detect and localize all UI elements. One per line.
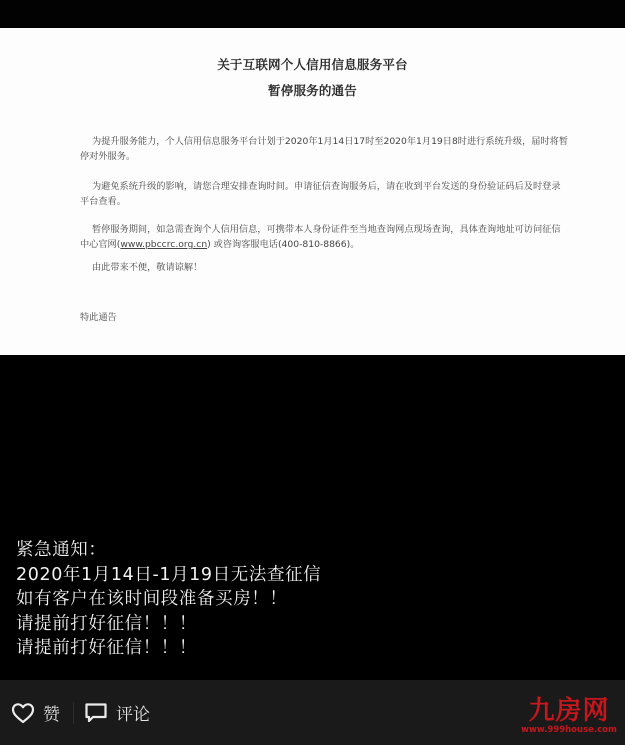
heart-icon xyxy=(11,702,35,724)
watermark-title: 九房网 xyxy=(517,697,621,725)
watermark-logo: 九房网 www.999house.com xyxy=(517,697,621,735)
paragraph-1-line2: 停对外服务。 xyxy=(80,149,570,164)
notice-paragraph-1: 为提升服务能力，个人信用信息服务平台计划于2020年1月14日17时至2020年… xyxy=(80,134,570,164)
paragraph-3-line2: 中心官网(www.pbccrc.org.cn) 或咨询客服电话(400-810-… xyxy=(80,237,570,252)
paragraph-4-line1: 由此带来不便，敬请谅解！ xyxy=(80,260,570,275)
paragraph-3-prefix: 中心官网( xyxy=(80,239,120,250)
notice-paragraph-2: 为避免系统升级的影响，请您合理安排查询时间。申请征信查询服务后，请在收到平台发送… xyxy=(80,179,570,209)
paragraph-3-suffix: ) 或咨询客服电话(400-810-8866)。 xyxy=(207,239,359,250)
comment-bubble-icon xyxy=(84,702,108,724)
pbccrc-link: www.pbccrc.org.cn xyxy=(120,239,207,250)
caption-line-3: 如有客户在该时间段准备买房！！ xyxy=(16,587,321,612)
caption-line-1: 紧急通知： xyxy=(16,538,321,563)
paragraph-2-line1: 为避免系统升级的影响，请您合理安排查询时间。申请征信查询服务后，请在收到平台发送… xyxy=(80,179,570,194)
comment-button[interactable]: 评论 xyxy=(84,700,150,725)
sign-off-text: 特此通告 xyxy=(80,310,570,325)
notice-paragraph-3: 暂停服务期间，如急需查询个人信用信息，可携带本人身份证件至当地查询网点现场查询，… xyxy=(80,222,570,252)
notice-title-line1: 关于互联网个人信用信息服务平台 xyxy=(0,55,625,73)
watermark-url: www.999house.com xyxy=(517,725,621,735)
comment-label: 评论 xyxy=(116,700,150,725)
paragraph-3-line1: 暂停服务期间，如急需查询个人信用信息，可携带本人身份证件至当地查询网点现场查询，… xyxy=(80,222,570,237)
paragraph-1-line1: 为提升服务能力，个人信用信息服务平台计划于2020年1月14日17时至2020年… xyxy=(80,134,570,149)
caption-line-5: 请提前打好征信！！！ xyxy=(16,636,321,661)
top-black-bar xyxy=(0,0,625,28)
caption-line-2: 2020年1月14日-1月19日无法查征信 xyxy=(16,563,321,588)
caption-line-4: 请提前打好征信！！！ xyxy=(16,612,321,637)
like-button[interactable]: 赞 xyxy=(11,700,60,725)
caption-text: 紧急通知： 2020年1月14日-1月19日无法查征信 如有客户在该时间段准备买… xyxy=(16,538,321,661)
notice-sign-off: 特此通告 xyxy=(80,310,570,325)
like-label: 赞 xyxy=(43,700,60,725)
notice-paragraph-4: 由此带来不便，敬请谅解！ xyxy=(80,260,570,275)
action-divider xyxy=(73,702,74,724)
notice-title-line2: 暂停服务的通告 xyxy=(0,81,625,99)
paragraph-2-line2: 平台查看。 xyxy=(80,194,570,209)
notice-image: 关于互联网个人信用信息服务平台 暂停服务的通告 为提升服务能力，个人信用信息服务… xyxy=(0,28,625,355)
